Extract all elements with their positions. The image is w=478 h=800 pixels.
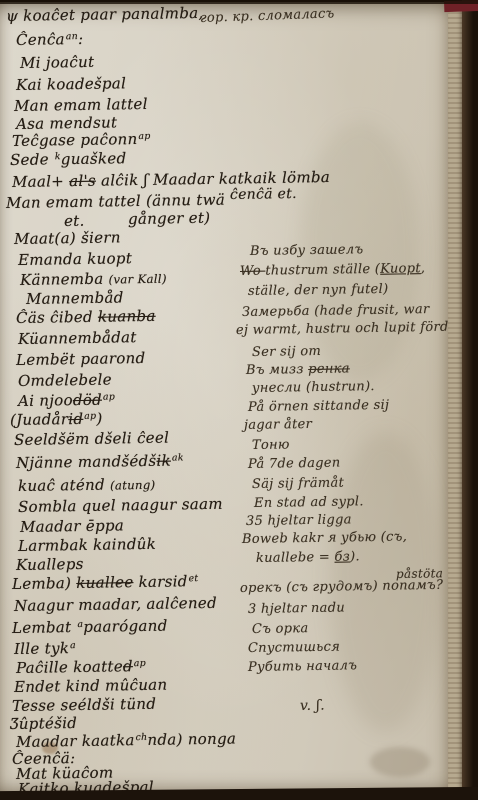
text-segment: ap: [134, 658, 146, 669]
text-segment: Naagur maadar, aalĉened: [14, 594, 217, 615]
manuscript-line: Kualleps: [16, 556, 84, 574]
text-segment: Emanda kuopt: [18, 249, 132, 269]
manuscript-line: гор. кр. сломаласъ: [200, 7, 335, 26]
manuscript-line: Wo thustrum ställe (Kuopt,: [240, 262, 426, 279]
text-segment: Boweb kakr я убью (съ,: [242, 529, 407, 547]
text-segment: guašked: [61, 149, 127, 168]
text-segment: Maat(a) šiern: [14, 228, 121, 248]
text-segment: På örnen sittande sij: [248, 398, 390, 415]
manuscript-line: Ʒûptéšid: [10, 715, 77, 733]
text-segment: ap: [84, 411, 96, 422]
manuscript-line: Lembët paarond: [16, 350, 146, 369]
text-segment: Maadar kaatka: [16, 731, 135, 751]
text-segment: kuanba: [98, 307, 156, 326]
text-segment: Kuopt: [380, 261, 421, 277]
manuscript-line: Boweb kakr я убью (съ,: [242, 530, 407, 547]
manuscript-line: Тоню: [252, 438, 290, 453]
text-segment: (atung): [110, 478, 156, 493]
text-segment: Tesse seéldši tünd: [12, 695, 156, 715]
text-segment: På 7de dagen: [248, 456, 341, 472]
text-segment: karsid: [133, 572, 187, 591]
manuscript-line: Tesse seéldši tünd: [12, 696, 156, 715]
manuscript-line: Замерьба (hade frusit, war: [242, 303, 430, 320]
manuscript-line: Lemba) kuallee karsidet: [12, 573, 199, 592]
text-segment: (Juadår: [10, 410, 69, 429]
text-segment: (var Kall): [108, 272, 166, 287]
text-segment: Endet kind mûĉuan: [14, 676, 168, 696]
text-segment: id: [68, 410, 83, 428]
manuscript-line: ställe, der nyn futel): [248, 283, 389, 300]
text-segment: a: [70, 640, 76, 651]
text-segment: an: [66, 31, 78, 42]
manuscript-line: Maadar kaatkachnda) nonga: [16, 731, 236, 751]
manuscript-line: Teĉgase paĉonnap: [12, 131, 151, 150]
text-segment: Sede: [10, 150, 54, 169]
text-segment: gånger et): [128, 209, 211, 228]
manuscript-lines: ψ koaĉet paar panalmba,гор. кр. сломалас…: [0, 2, 452, 794]
manuscript-line: унесли (hustrun).: [252, 380, 375, 396]
manuscript-line: Mannembåd: [26, 289, 124, 307]
text-segment: Kännemba: [20, 270, 109, 289]
manuscript-line: Ille tyka: [14, 640, 76, 657]
top-edge-shadow: [0, 0, 478, 4]
manuscript-line: ej warmt, hustru och lupit förde): [236, 320, 462, 338]
text-segment: et: [189, 573, 199, 584]
text-segment: Lembat: [12, 618, 77, 637]
text-segment: орекъ (съ грудомъ) попамъ?: [240, 578, 443, 596]
manuscript-line: kuaĉ aténd (atung): [18, 476, 156, 495]
manuscript-line: Въ избу зашелъ: [250, 243, 364, 259]
text-segment: Teĉgase paĉonn: [12, 130, 138, 150]
text-segment: Seeldšëm dšeli ĉeel: [14, 429, 169, 449]
manuscript-line: jagar åter: [244, 418, 312, 433]
manuscript-photo: ψ koaĉet paar panalmba,гор. кр. сломалас…: [0, 0, 478, 800]
manuscript-line: gånger et): [128, 210, 211, 228]
manuscript-line: Kännemba (var Kall): [20, 270, 167, 289]
text-segment: död: [73, 391, 102, 409]
manuscript-line: Man emam lattel: [14, 96, 148, 115]
manuscript-line: Ĉäs ĉibed kuanba: [16, 308, 156, 327]
manuscript-line: Ĉenĉaan:: [16, 31, 84, 49]
text-segment: бз: [334, 550, 350, 565]
text-segment: Maadar ēppa: [20, 516, 124, 536]
text-segment: Kualleps: [16, 555, 84, 574]
text-segment: Рубить началъ: [248, 658, 357, 675]
text-segment: Wo: [240, 264, 266, 279]
text-segment: Lemba): [12, 574, 77, 593]
manuscript-line: En stad ad sypl.: [254, 495, 364, 511]
manuscript-line: Ser sij om: [252, 345, 321, 360]
text-segment: Ser sij om: [252, 344, 321, 360]
manuscript-line: Larmbak kaindûk: [18, 536, 156, 555]
text-segment: kuallebe =: [256, 550, 335, 566]
text-segment: ψ koaĉet paar panalmba,: [6, 4, 204, 25]
text-segment: Въ избу зашелъ: [250, 242, 364, 259]
text-segment: 3 hjeltar nadu: [248, 600, 345, 617]
text-segment: k: [55, 151, 61, 162]
text-segment: Njänne mandšédš: [16, 452, 157, 472]
text-segment: Ai njoo: [18, 391, 73, 410]
text-segment: Kai koadešpal: [16, 74, 126, 94]
text-segment: Mi joaĉut: [20, 53, 95, 72]
text-segment: Sombla quel naagur saam: [18, 495, 223, 516]
text-segment: унесли (hustrun).: [252, 379, 375, 396]
manuscript-line: (Juadåridap): [10, 411, 103, 429]
manuscript-line: Endet kind mûĉuan: [14, 677, 168, 696]
text-segment: Larmbak kaindûk: [18, 535, 156, 555]
text-segment: ap: [103, 391, 115, 402]
text-segment: a: [77, 619, 83, 630]
text-segment: kuallee: [76, 573, 133, 592]
manuscript-line: Säj sij främåt: [252, 477, 344, 493]
text-segment: ĉenĉä et.: [230, 186, 297, 203]
text-segment: thustrum ställe (: [265, 262, 380, 279]
manuscript-line: Emanda kuopt: [18, 250, 132, 268]
text-segment: d: [123, 657, 133, 675]
manuscript-line: Njänne mandšédšikak: [16, 452, 184, 471]
text-segment: ap: [138, 131, 150, 142]
manuscript-line: Naagur maadar, aalĉened: [14, 595, 217, 615]
manuscript-line: Рубить началъ: [248, 659, 357, 675]
text-segment: Man emam lattel: [14, 95, 148, 115]
text-segment: ej warmt, hustru och lupit förde): [236, 319, 462, 338]
manuscript-line: Спустишься: [248, 641, 340, 657]
manuscript-line: ĉenĉä et.: [230, 187, 297, 203]
text-segment: Замерьба (hade frusit, war: [242, 302, 430, 320]
manuscript-line: Въ мизз ренка: [246, 362, 350, 378]
text-segment: Спустишься: [248, 640, 340, 656]
manuscript-line: kuallebe = бз).: [256, 550, 360, 566]
manuscript-line: орекъ (съ грудомъ) попамъ?: [240, 579, 443, 596]
manuscript-line: Kai koadešpal: [16, 75, 126, 93]
text-segment: 35 hjeltar ligga: [246, 512, 352, 529]
manuscript-line: Küannembådat: [18, 329, 137, 347]
text-segment: Maal+: [12, 172, 69, 191]
text-segment: гор. кр. сломаласъ: [200, 6, 335, 26]
manuscript-line: Lembat apaarógand: [12, 618, 168, 637]
text-segment: Ille tyk: [14, 639, 69, 658]
text-segment: et.: [64, 212, 85, 230]
text-segment: nda) nonga: [147, 730, 236, 749]
text-segment: Съ орка: [252, 621, 309, 637]
text-segment: ställe, der nyn futel): [248, 282, 389, 299]
manuscript-line: Seeldšëm dšeli ĉeel: [14, 430, 169, 449]
manuscript-line: Ai njoodödap: [18, 391, 115, 409]
text-segment: Ĉenĉa: [16, 30, 65, 49]
manuscript-line: Maat(a) šiern: [14, 229, 121, 247]
text-segment: ch: [136, 732, 148, 743]
manuscript-line: Sombla quel naagur saam: [18, 496, 223, 516]
manuscript-line: et.: [64, 213, 85, 230]
text-segment: jagar åter: [244, 417, 312, 433]
text-segment: Omdelebele: [18, 371, 112, 390]
text-segment: al's: [69, 172, 96, 190]
text-segment: kuaĉ aténd: [18, 476, 110, 495]
text-segment: ,: [421, 261, 426, 276]
manuscript-line: Maadar ēppa: [20, 517, 124, 535]
text-segment: Въ мизз: [246, 362, 308, 378]
text-segment: v. ʃ.: [300, 698, 325, 714]
manuscript-line: Съ орка: [252, 622, 309, 637]
text-segment: :: [78, 30, 84, 48]
text-segment: paarógand: [83, 617, 167, 636]
text-segment: ik: [156, 452, 171, 470]
manuscript-line: På 7de dagen: [248, 457, 341, 473]
text-segment: Ĉäs ĉibed: [16, 308, 98, 327]
text-segment: Mannembåd: [26, 288, 124, 308]
text-segment: Lembët paarond: [16, 349, 146, 369]
text-segment: Küannembådat: [18, 328, 137, 348]
text-segment: ).: [350, 549, 360, 564]
text-segment: ренка: [308, 361, 350, 377]
manuscript-line: 35 hjeltar ligga: [246, 513, 352, 529]
manuscript-page: ψ koaĉet paar panalmba,гор. кр. сломалас…: [0, 2, 452, 794]
manuscript-line: v. ʃ.: [300, 699, 325, 715]
manuscript-line: Sede kguašked: [10, 150, 127, 168]
text-segment: Ʒûptéšid: [10, 714, 77, 733]
text-segment: Paĉille koatte: [16, 657, 123, 677]
text-segment: Тоню: [252, 437, 290, 453]
text-segment: ak: [172, 452, 184, 463]
manuscript-line: 3 hjeltar nadu: [248, 601, 345, 617]
manuscript-line: På örnen sittande sij: [248, 399, 390, 416]
manuscript-line: Mi joaĉut: [20, 54, 95, 72]
text-segment: Säj sij främåt: [252, 476, 344, 492]
book-spine: [462, 0, 478, 800]
text-segment: En stad ad sypl.: [254, 494, 364, 511]
text-segment: ): [96, 410, 102, 428]
manuscript-line: ψ koaĉet paar panalmba,: [6, 5, 204, 25]
manuscript-line: Omdelebele: [18, 372, 112, 390]
manuscript-line: Paĉille koattedap: [16, 658, 146, 677]
